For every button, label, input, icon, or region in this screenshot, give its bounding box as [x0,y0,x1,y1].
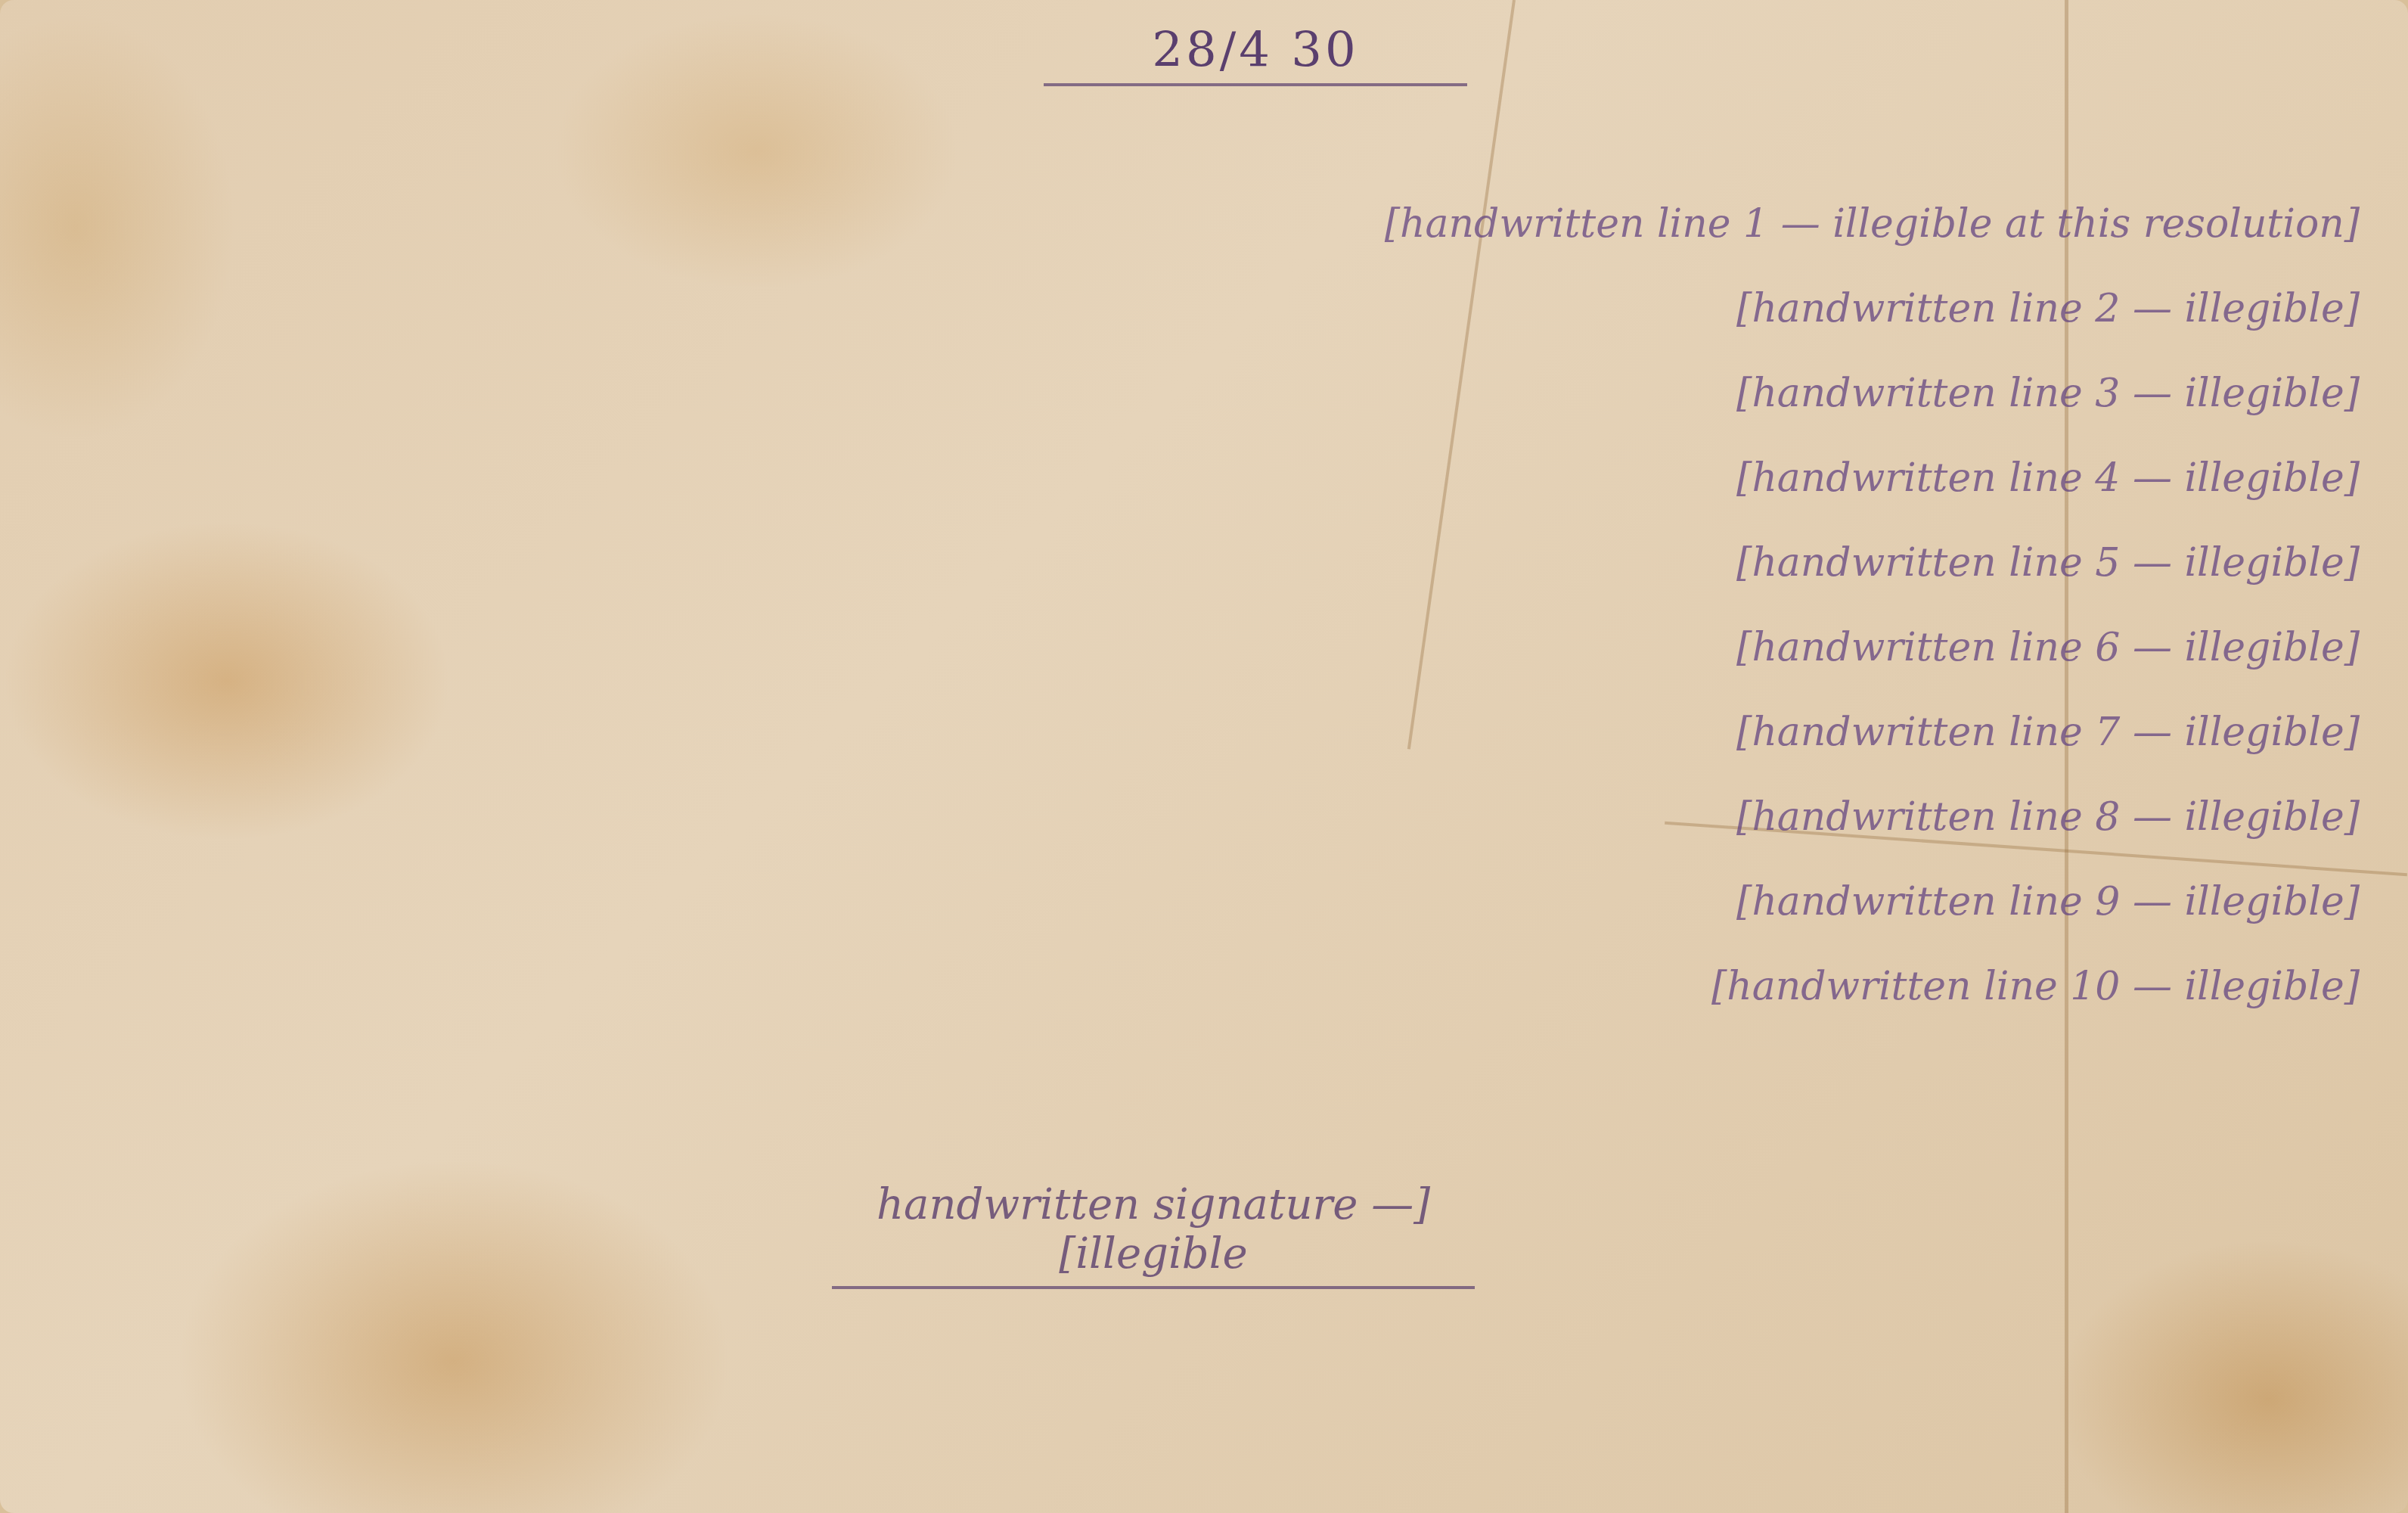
handwritten-line: [handwritten line 9 — illegible] [197,859,2360,944]
handwritten-line: [handwritten line 4 — illegible] [197,436,2360,520]
letter-body: [handwritten line 1 — illegible at this … [197,182,2360,1029]
date-header: 28/4 30 [1044,23,1467,86]
handwritten-line: [handwritten line 5 — illegible] [197,520,2360,605]
signature: [handwritten signature — illegible] [832,1180,1475,1289]
handwritten-line: [handwritten line 1 — illegible at this … [197,182,2360,266]
handwritten-line: [handwritten line 7 — illegible] [197,690,2360,775]
handwritten-line: [handwritten line 2 — illegible] [197,266,2360,351]
handwritten-line: [handwritten line 3 — illegible] [197,351,2360,436]
date-value: 28/4 30 [1152,23,1359,79]
handwritten-line: [handwritten line 8 — illegible] [197,775,2360,859]
handwritten-line: [handwritten line 10 — illegible] [197,944,2360,1029]
handwritten-line: [handwritten line 6 — illegible] [197,605,2360,690]
postcard: 28/4 30 [handwritten line 1 — illegible … [0,0,2408,1513]
